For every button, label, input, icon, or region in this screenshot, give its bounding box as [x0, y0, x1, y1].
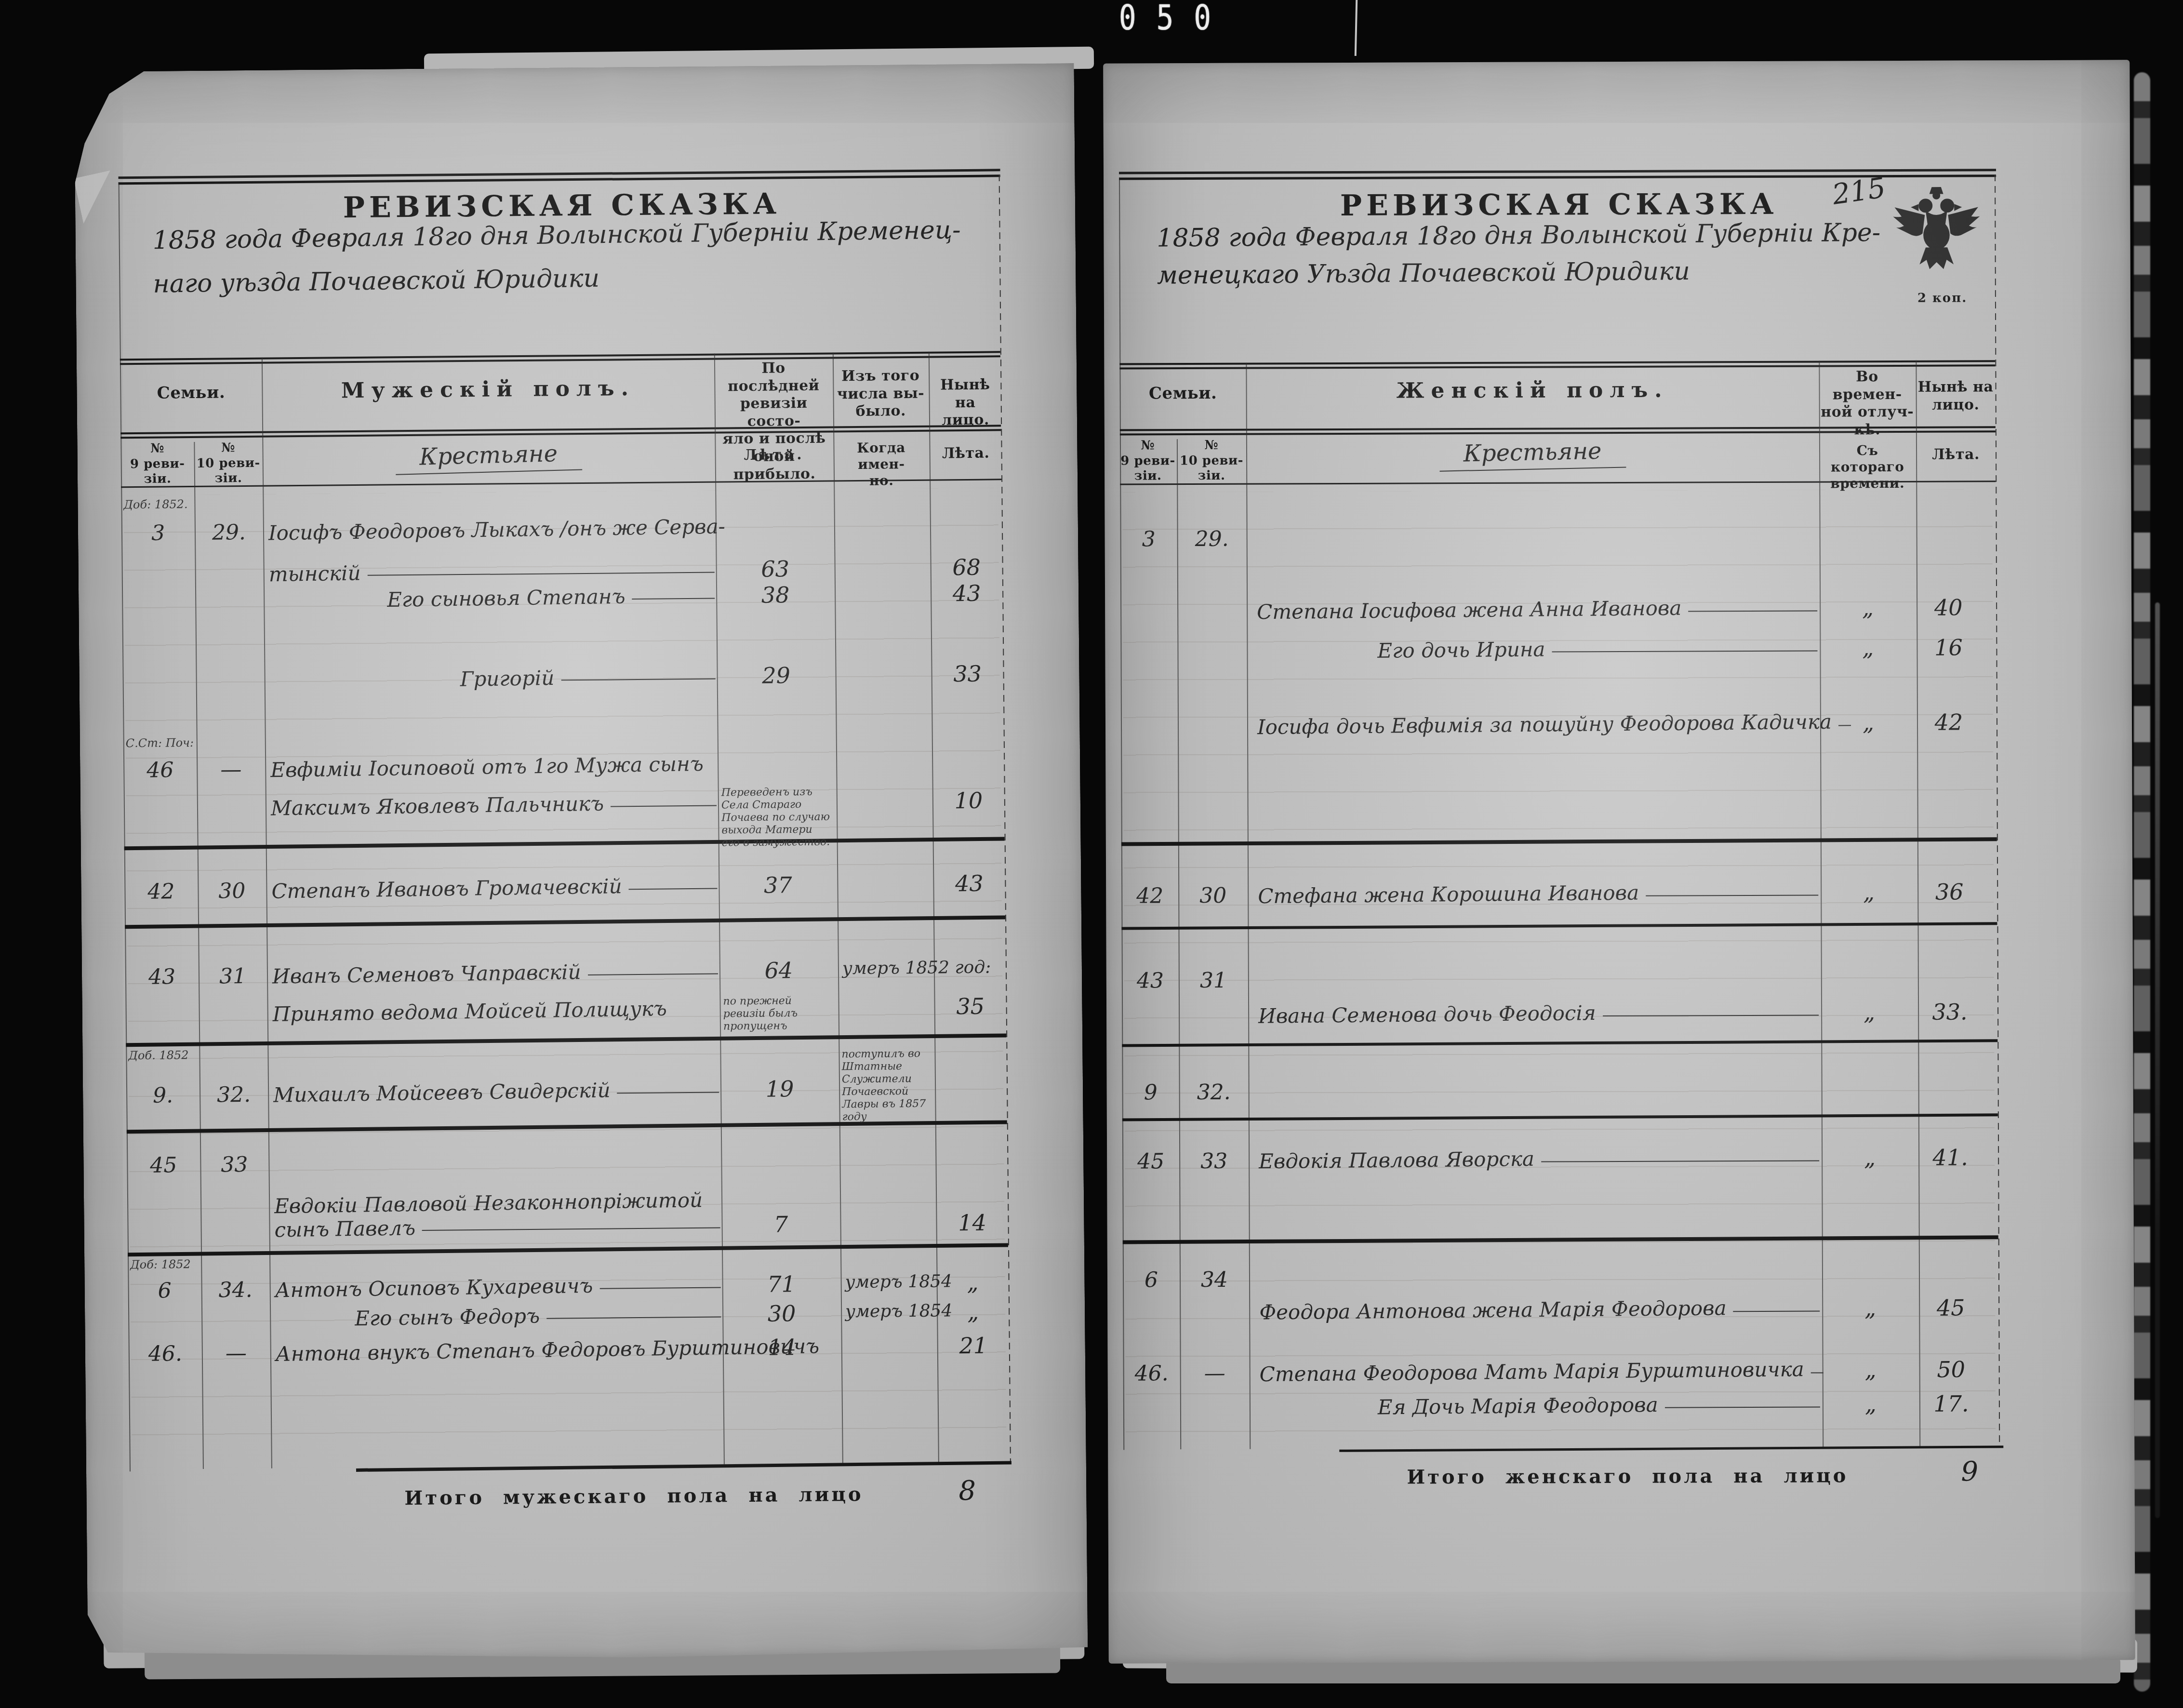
- since-when-ditto: „: [1864, 1295, 1876, 1321]
- person-name: Григорій: [460, 666, 554, 691]
- age-now-value: 17.: [1933, 1390, 1969, 1416]
- person-name-line: Иванъ Семеновъ Чаправскій: [272, 960, 718, 987]
- revision10-number: —: [220, 757, 241, 782]
- person-name-line: Ея Дочь Марія Феодорова: [1378, 1393, 1820, 1418]
- subcol-years: Лѣта.: [717, 446, 831, 465]
- filler-rule: [588, 974, 718, 975]
- revision9-number: 6: [158, 1278, 171, 1303]
- person-name-line: Евдокіи Павловой Незаконнопріжитой: [274, 1189, 703, 1217]
- revision10-number: 30: [218, 879, 245, 903]
- person-name-line: сынъ Павелъ: [274, 1214, 720, 1241]
- since-when-ditto: „: [1864, 999, 1875, 1025]
- family-separator: [125, 915, 1005, 929]
- age-last-revision-value: 30: [768, 1300, 796, 1327]
- age-now-value: 33: [953, 661, 982, 687]
- revision9-number: 3: [1142, 527, 1156, 551]
- clerk-note: по прежней ревизіи былъ пропущенъ: [723, 994, 833, 1033]
- subcol-years: Лѣта.: [1917, 446, 1995, 464]
- film-scratch: [1355, 0, 1358, 56]
- person-name: сынъ Павелъ: [274, 1216, 415, 1241]
- revision9-number: 45: [150, 1153, 177, 1177]
- row-margin-note: Доб: 1852.: [123, 497, 187, 511]
- revision9-number: 46: [146, 758, 173, 782]
- family-separator: [1121, 837, 1997, 846]
- column-rule: [1819, 361, 1824, 1447]
- row-margin-note: Доб: 1852: [130, 1257, 191, 1271]
- age-last-revision-value: 7: [774, 1211, 788, 1237]
- person-name-line: Его сыновья Степанъ: [387, 585, 715, 611]
- person-name-line: Ивана Семенова дочь Феодосія: [1258, 1001, 1819, 1027]
- revision10-number: 34.: [218, 1278, 252, 1303]
- subcolumn-rule: [194, 442, 204, 1469]
- subcol-revision9: № 9 реви- зіи.: [121, 441, 193, 487]
- microfilm-frame-counter: 050: [1119, 0, 1231, 38]
- person-name-line: Іосифъ Феодоровъ Лыкахъ /онъ же Серва-: [268, 516, 725, 543]
- filler-rule: [422, 1228, 720, 1231]
- person-name: Принято ведома Мойсей Полищукъ: [272, 997, 667, 1026]
- col-male-sex: Мужескій полъ.: [262, 375, 714, 405]
- filler-rule: [368, 572, 715, 576]
- since-when-ditto: „: [1865, 1391, 1877, 1417]
- subcol-revision9: № 9 реви- зіи.: [1120, 438, 1176, 484]
- age-now-value: „: [967, 1269, 978, 1295]
- subcol-years-present: Лѣта.: [930, 444, 1001, 463]
- person-name-line: Евфиміи Іосиповой отъ 1го Мужа сынъ: [270, 753, 704, 781]
- person-name-line: Евдокія Павлова Яворска: [1259, 1147, 1819, 1173]
- age-now-value: 21: [959, 1333, 987, 1359]
- age-now-value: 36: [1935, 879, 1964, 905]
- filler-rule: [546, 1316, 721, 1319]
- age-last-revision-value: 64: [764, 957, 793, 984]
- person-name-line: Михаилъ Мойсеевъ Свидерскій: [273, 1079, 719, 1106]
- age-now-value: 43: [955, 870, 984, 897]
- departure-note: умеръ 1852 год:: [842, 958, 991, 979]
- person-name: Іосифа дочь Евфимія за пошуйну Феодорова…: [1257, 710, 1832, 739]
- revision10-number: —: [1204, 1361, 1225, 1386]
- column-rule: [929, 352, 939, 1463]
- right-page-female: РЕВИЗСКАЯ СКАЗКА 215 2 коп. 1858 года Фе…: [1103, 60, 2135, 1663]
- since-when-ditto: „: [1864, 1145, 1876, 1171]
- col-now-present: Нынѣ на лицо.: [930, 376, 1001, 429]
- family-separator: [1122, 1113, 1998, 1121]
- filler-rule: [1552, 651, 1818, 653]
- person-name: Степанъ Ивановъ Громачевскій: [271, 874, 622, 903]
- family-separator: [1123, 1235, 1998, 1244]
- frame-right-rule: [999, 174, 1011, 1464]
- subcol-revision10: № 10 реви- зіи.: [1178, 438, 1245, 484]
- age-now-value: 45: [1937, 1295, 1965, 1321]
- since-when-ditto: „: [1865, 1357, 1877, 1383]
- filler-rule: [629, 888, 718, 890]
- revision10-number: 34: [1201, 1268, 1228, 1292]
- person-name: Стефана жена Корошина Иванова: [1258, 881, 1639, 908]
- age-now-value: 10: [954, 787, 983, 814]
- revision10-number: 33: [1200, 1149, 1227, 1174]
- person-name: Евдокія Павлова Яворска: [1259, 1147, 1534, 1173]
- family-separator: [1122, 1039, 1997, 1047]
- person-name: Степана Феодорова Мать Марія Бурштинович…: [1259, 1357, 1804, 1386]
- person-name: Его дочь Ирина: [1377, 637, 1545, 662]
- person-name: Ивана Семенова дочь Феодосія: [1258, 1001, 1596, 1028]
- book-fore-edge: [2134, 72, 2150, 1692]
- person-name: Феодора Антонова жена Марія Феодорова: [1259, 1296, 1727, 1324]
- age-now-value: 41.: [1932, 1144, 1968, 1170]
- age-last-revision-value: 19: [766, 1076, 794, 1102]
- filler-rule: [1603, 1015, 1819, 1017]
- clerk-note: Переведенъ изъ Села Стараго Почаева по с…: [721, 786, 832, 849]
- col-temporary-absence: Во времен- ной отлуч- кѣ.: [1820, 368, 1914, 439]
- subcol-since-when: Съ котораго времени.: [1821, 442, 1914, 492]
- revision9-number: 43: [1137, 968, 1164, 993]
- subcol-peasants-handwritten: Крестьяне: [1463, 438, 1602, 467]
- family-separator: [1121, 922, 1997, 930]
- age-now-value: „: [967, 1299, 979, 1325]
- filler-rule: [617, 1092, 719, 1094]
- filler-rule: [632, 598, 715, 600]
- date-heading-line2: наго уѣзда Почаевской Юридики: [153, 264, 599, 299]
- col-now-present: Нынѣ на лицо.: [1917, 378, 1995, 414]
- filler-rule: [599, 1287, 720, 1289]
- total-male-value: 8: [958, 1475, 976, 1507]
- subcol-revision10: № 10 реви- зіи.: [195, 440, 262, 487]
- person-name: Максимъ Яковлевъ Пальчникъ: [271, 791, 604, 820]
- total-female-value: 9: [1961, 1456, 1978, 1487]
- filler-rule: [561, 679, 715, 681]
- age-now-value: 33.: [1932, 999, 1967, 1025]
- person-name: Его сыновья Степанъ: [387, 585, 626, 612]
- age-now-value: 68: [952, 554, 981, 581]
- col-family: Семьи.: [1120, 384, 1246, 404]
- age-last-revision-value: 63: [761, 556, 789, 582]
- revision10-number: 31: [1200, 968, 1227, 993]
- revision10-number: 30: [1199, 883, 1226, 908]
- column-rule: [833, 352, 843, 1463]
- age-last-revision-value: 71: [767, 1271, 796, 1297]
- left-page-male: РЕВИЗСКАЯ СКАЗКА 1858 года Февраля 18го …: [74, 63, 1088, 1662]
- revision10-number: 29.: [1195, 527, 1229, 551]
- subcolumn-rule: [1177, 439, 1181, 1449]
- frame-top-rule: [119, 174, 1000, 185]
- subcol-when-exactly: Когда имен- но.: [835, 440, 928, 490]
- person-name: Евдокіи Павловой Незаконнопріжитой: [274, 1188, 703, 1218]
- column-rule: [1916, 360, 1920, 1447]
- family-separator: [124, 837, 1005, 850]
- person-name: Евфиміи Іосиповой отъ 1го Мужа сынъ: [270, 752, 704, 782]
- col-family: Семьи.: [120, 383, 262, 404]
- header-bottom-rule: [120, 425, 1001, 434]
- person-name-line: Его сынъ Федоръ: [355, 1303, 721, 1330]
- filler-rule: [1646, 895, 1818, 896]
- date-heading-line1: 1858 года Февраля 18го дня Волынской Губ…: [1157, 218, 1880, 253]
- revision10-number: 33: [221, 1152, 248, 1177]
- revision9-number: 9: [1144, 1080, 1158, 1105]
- frame-left-rule: [119, 182, 131, 1471]
- table-top-rule: [1119, 360, 1995, 365]
- filler-rule: [611, 805, 717, 807]
- person-name-line: Степана Іосифова жена Анна Иванова: [1257, 597, 1817, 623]
- revision10-number: 32.: [217, 1082, 251, 1108]
- revision10-number: 31: [219, 964, 246, 988]
- person-name-line: Максимъ Яковлевъ Пальчникъ: [271, 792, 717, 819]
- age-now-value: 50: [1937, 1357, 1965, 1383]
- age-now-value: 43: [953, 580, 981, 607]
- person-name: Ея Дочь Марія Феодорова: [1378, 1393, 1658, 1419]
- torn-corner-fold: [73, 170, 120, 224]
- person-name-line: Степана Феодорова Мать Марія Бурштинович…: [1260, 1359, 1820, 1385]
- census-rows-female: 329.Степана Іосифова жена Анна Иванова40…: [1103, 60, 2130, 63]
- person-name-line: тынскій: [269, 559, 715, 586]
- census-book-scan: { "scan": { "frame_counter": "050" }, "l…: [0, 0, 2183, 1708]
- age-now-value: 16: [1934, 635, 1963, 661]
- age-now-value: 14: [958, 1210, 986, 1236]
- table-top-rule: [120, 351, 1000, 360]
- revision9-number: 46.: [1135, 1361, 1169, 1386]
- total-male-label: Итого мужескаго пола на лицо: [404, 1483, 863, 1509]
- clerk-note: поступилъ во Штатные Служители Почаевско…: [841, 1048, 932, 1123]
- revision9-number: 42: [1136, 883, 1163, 908]
- age-now-value: 35: [956, 993, 985, 1020]
- since-when-ditto: „: [1862, 635, 1874, 661]
- person-name: Антона внукъ Степанъ Федоровъ Бурштинови…: [276, 1334, 820, 1366]
- age-last-revision-value: 37: [764, 872, 792, 898]
- revision10-number: 32.: [1197, 1080, 1231, 1105]
- person-name: Его сынъ Федоръ: [355, 1304, 540, 1331]
- person-name-line: Стефана жена Корошина Иванова: [1258, 881, 1818, 907]
- stamp-denomination: 2 коп.: [1917, 291, 1967, 305]
- handwritten-page-number: 215: [1830, 171, 1888, 211]
- person-name: Степана Іосифова жена Анна Иванова: [1257, 596, 1682, 624]
- age-last-revision-value: 29: [762, 662, 790, 689]
- family-separator: [126, 1033, 1006, 1047]
- age-last-revision-value: 38: [761, 582, 790, 608]
- revision10-number: 29.: [212, 520, 246, 545]
- revision9-number: 43: [148, 964, 175, 989]
- family-separator: [128, 1243, 1008, 1256]
- person-name-line: Антона внукъ Степанъ Федоровъ Бурштинови…: [276, 1336, 820, 1364]
- row-margin-note: Доб. 1852: [128, 1048, 188, 1062]
- person-name-line: Антонъ Осиповъ Кухаревичъ: [275, 1274, 720, 1301]
- revision10-number: —: [226, 1341, 247, 1365]
- frame-right-rule: [1995, 174, 2000, 1447]
- total-rule: [1339, 1445, 2003, 1452]
- row-margin-note: С.Ст: Поч:: [126, 736, 194, 750]
- frame-left-rule: [1119, 178, 1124, 1450]
- subcol-peasants-handwritten: Крестьяне: [419, 440, 558, 470]
- imperial-eagle-stamp-icon: [1888, 184, 1985, 286]
- person-name: Михаилъ Мойсеевъ Свидерскій: [273, 1078, 611, 1107]
- filler-rule: [1665, 1407, 1820, 1408]
- date-heading-line1: 1858 года Февраля 18го дня Волынской Губ…: [152, 215, 961, 255]
- col-departed: Изъ того числа вы- было.: [834, 367, 927, 421]
- person-name-line: Феодора Антонова жена Марія Феодорова: [1259, 1297, 1820, 1323]
- age-now-value: 40: [1934, 595, 1963, 621]
- departure-note: умеръ 1854: [845, 1301, 952, 1321]
- filler-rule: [1541, 1161, 1819, 1162]
- since-when-ditto: „: [1863, 879, 1875, 905]
- col-last-revision: По послѣдней ревизіи состо- яло и послѣ …: [716, 359, 832, 483]
- person-name: Иванъ Семеновъ Чаправскій: [272, 960, 581, 988]
- col-female-sex: Женскій полъ.: [1246, 377, 1819, 405]
- person-name: тынскій: [268, 561, 361, 586]
- total-female-label: Итого женскаго пола на лицо: [1407, 1464, 1848, 1488]
- since-when-ditto: „: [1863, 709, 1874, 735]
- revision9-number: 9.: [153, 1083, 173, 1108]
- departure-note: умеръ 1854: [845, 1271, 952, 1292]
- person-name-line: Его дочь Ирина: [1377, 637, 1817, 662]
- person-name-line: Іосифа дочь Евфимія за пошуйну Феодорова…: [1257, 712, 1818, 737]
- revision9-number: 45: [1137, 1149, 1164, 1174]
- revision9-number: 3: [151, 521, 165, 546]
- column-rule: [1246, 363, 1251, 1449]
- person-name-line: Принято ведома Мойсей Полищукъ: [272, 998, 667, 1025]
- person-name-line: Григорій: [460, 665, 715, 691]
- revision9-number: 6: [1145, 1268, 1158, 1292]
- filler-rule: [1811, 1373, 1824, 1374]
- since-when-ditto: „: [1862, 595, 1874, 621]
- page-title: РЕВИЗСКАЯ СКАЗКА: [1340, 187, 1778, 223]
- person-name: Іосифъ Феодоровъ Лыкахъ /онъ же Серва-: [268, 514, 726, 545]
- total-rule: [356, 1461, 1012, 1471]
- revision9-number: 46.: [148, 1341, 182, 1366]
- filler-rule: [1688, 611, 1817, 612]
- person-name-line: Степанъ Ивановъ Громачевскій: [271, 875, 717, 902]
- age-now-value: 42: [1935, 709, 1963, 735]
- person-name: Антонъ Осиповъ Кухаревичъ: [275, 1274, 593, 1302]
- filler-rule: [1733, 1311, 1820, 1312]
- revision9-number: 42: [147, 879, 174, 904]
- age-last-revision-value: 14: [768, 1334, 796, 1361]
- filler-rule: [1838, 725, 1851, 726]
- book-fore-edge-inner: [2155, 602, 2160, 1518]
- date-heading-line2: менецкаго Уѣзда Почаевской Юридики: [1157, 257, 1690, 290]
